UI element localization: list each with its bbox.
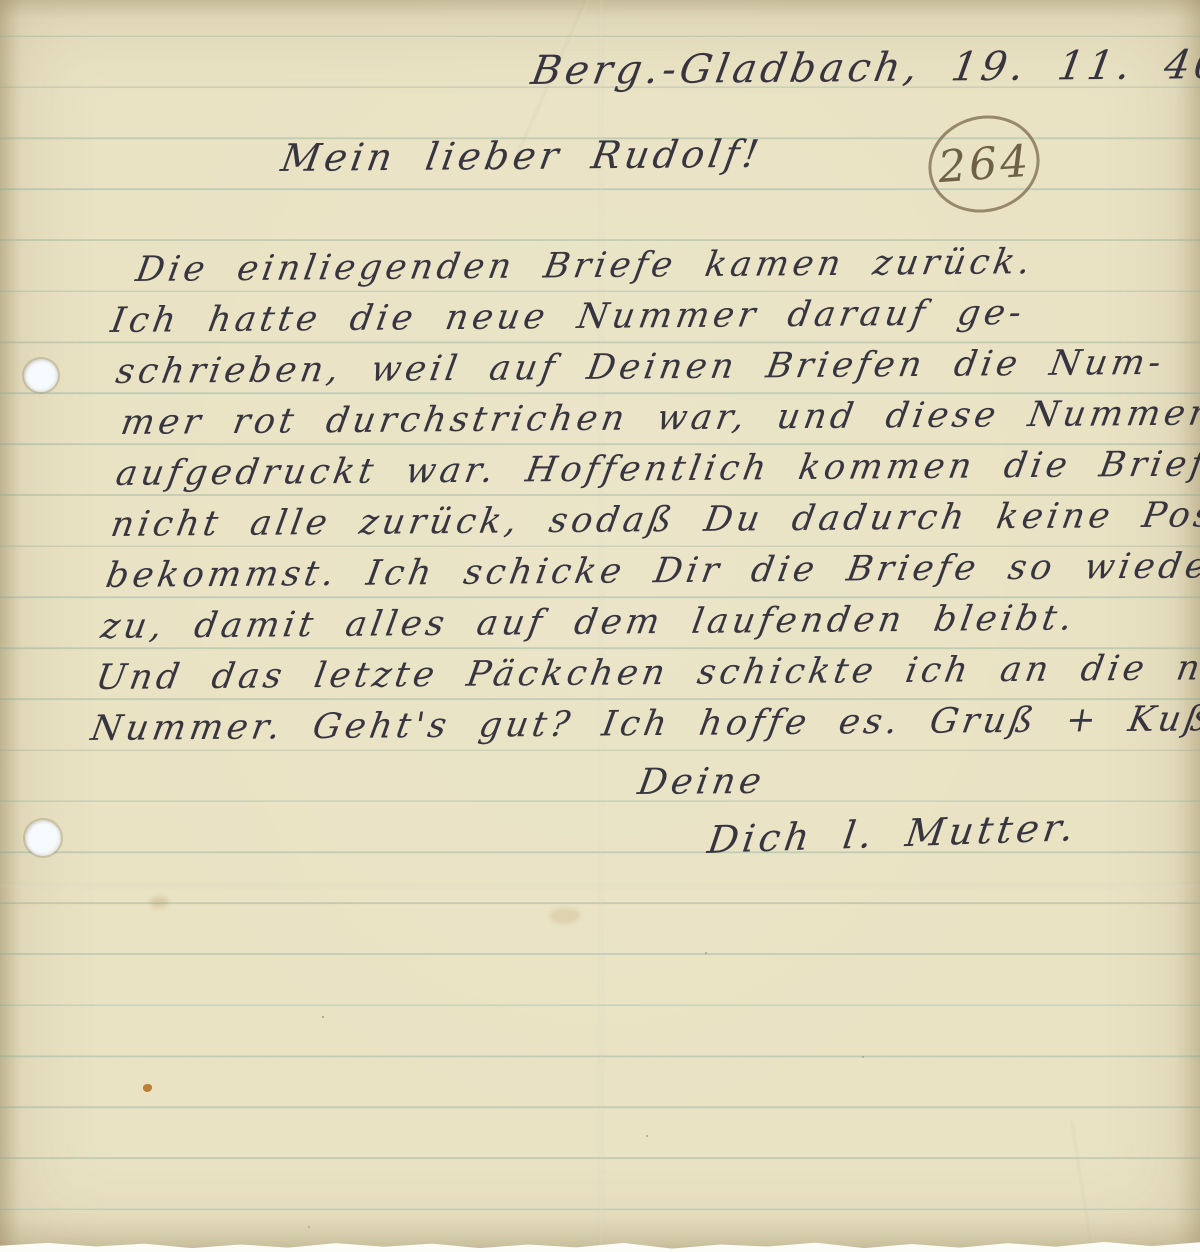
archive-number-circle: 264 — [918, 104, 1050, 224]
body-line-3: schrieben, weil auf Deinen Briefen die N… — [113, 343, 1168, 392]
archive-number: 264 — [936, 135, 1032, 192]
body-line-4: mer rot durchstrichen war, und diese Num… — [118, 394, 1200, 443]
closing-line: Deine — [635, 761, 768, 803]
paper-speckles — [322, 1016, 324, 1018]
fold-crease-horizontal — [0, 884, 1200, 888]
body-line-7: bekommst. Ich schicke Dir die Briefe so … — [103, 546, 1200, 596]
body-line-9: Und das letzte Päckchen schickte ich an … — [93, 648, 1200, 698]
punch-hole-bottom — [25, 820, 61, 856]
faint-stain — [550, 908, 580, 924]
body-line-8: zu, damit alles auf dem laufenden bleibt… — [98, 599, 1079, 647]
rust-stain — [143, 1084, 152, 1092]
letter-page: Berg.-Gladbach, 19. 11. 40. 264 Mein lie… — [0, 0, 1200, 1252]
body-line-1: Die einliegenden Briefe kamen zurück. — [133, 242, 1037, 290]
torn-bottom-edge — [0, 1239, 1200, 1252]
signature-line: Dich l. Mutter. — [705, 805, 1081, 862]
crease-bottom-right — [1071, 1121, 1096, 1252]
body-line-10: Nummer. Geht's gut? Ich hoffe es. Gruß +… — [88, 699, 1200, 749]
salutation: Mein lieber Rudolf! — [278, 132, 766, 180]
body-line-5: aufgedruckt war. Hoffentlich kommen die … — [113, 444, 1200, 494]
body-line-6: nicht alle zurück, sodaß Du dadurch kein… — [108, 495, 1200, 545]
body-line-2: Ich hatte die neue Nummer darauf ge- — [108, 293, 1028, 341]
punch-hole-top — [24, 359, 58, 392]
faint-stain — [150, 897, 168, 908]
date-line: Berg.-Gladbach, 19. 11. 40. — [528, 42, 1200, 94]
